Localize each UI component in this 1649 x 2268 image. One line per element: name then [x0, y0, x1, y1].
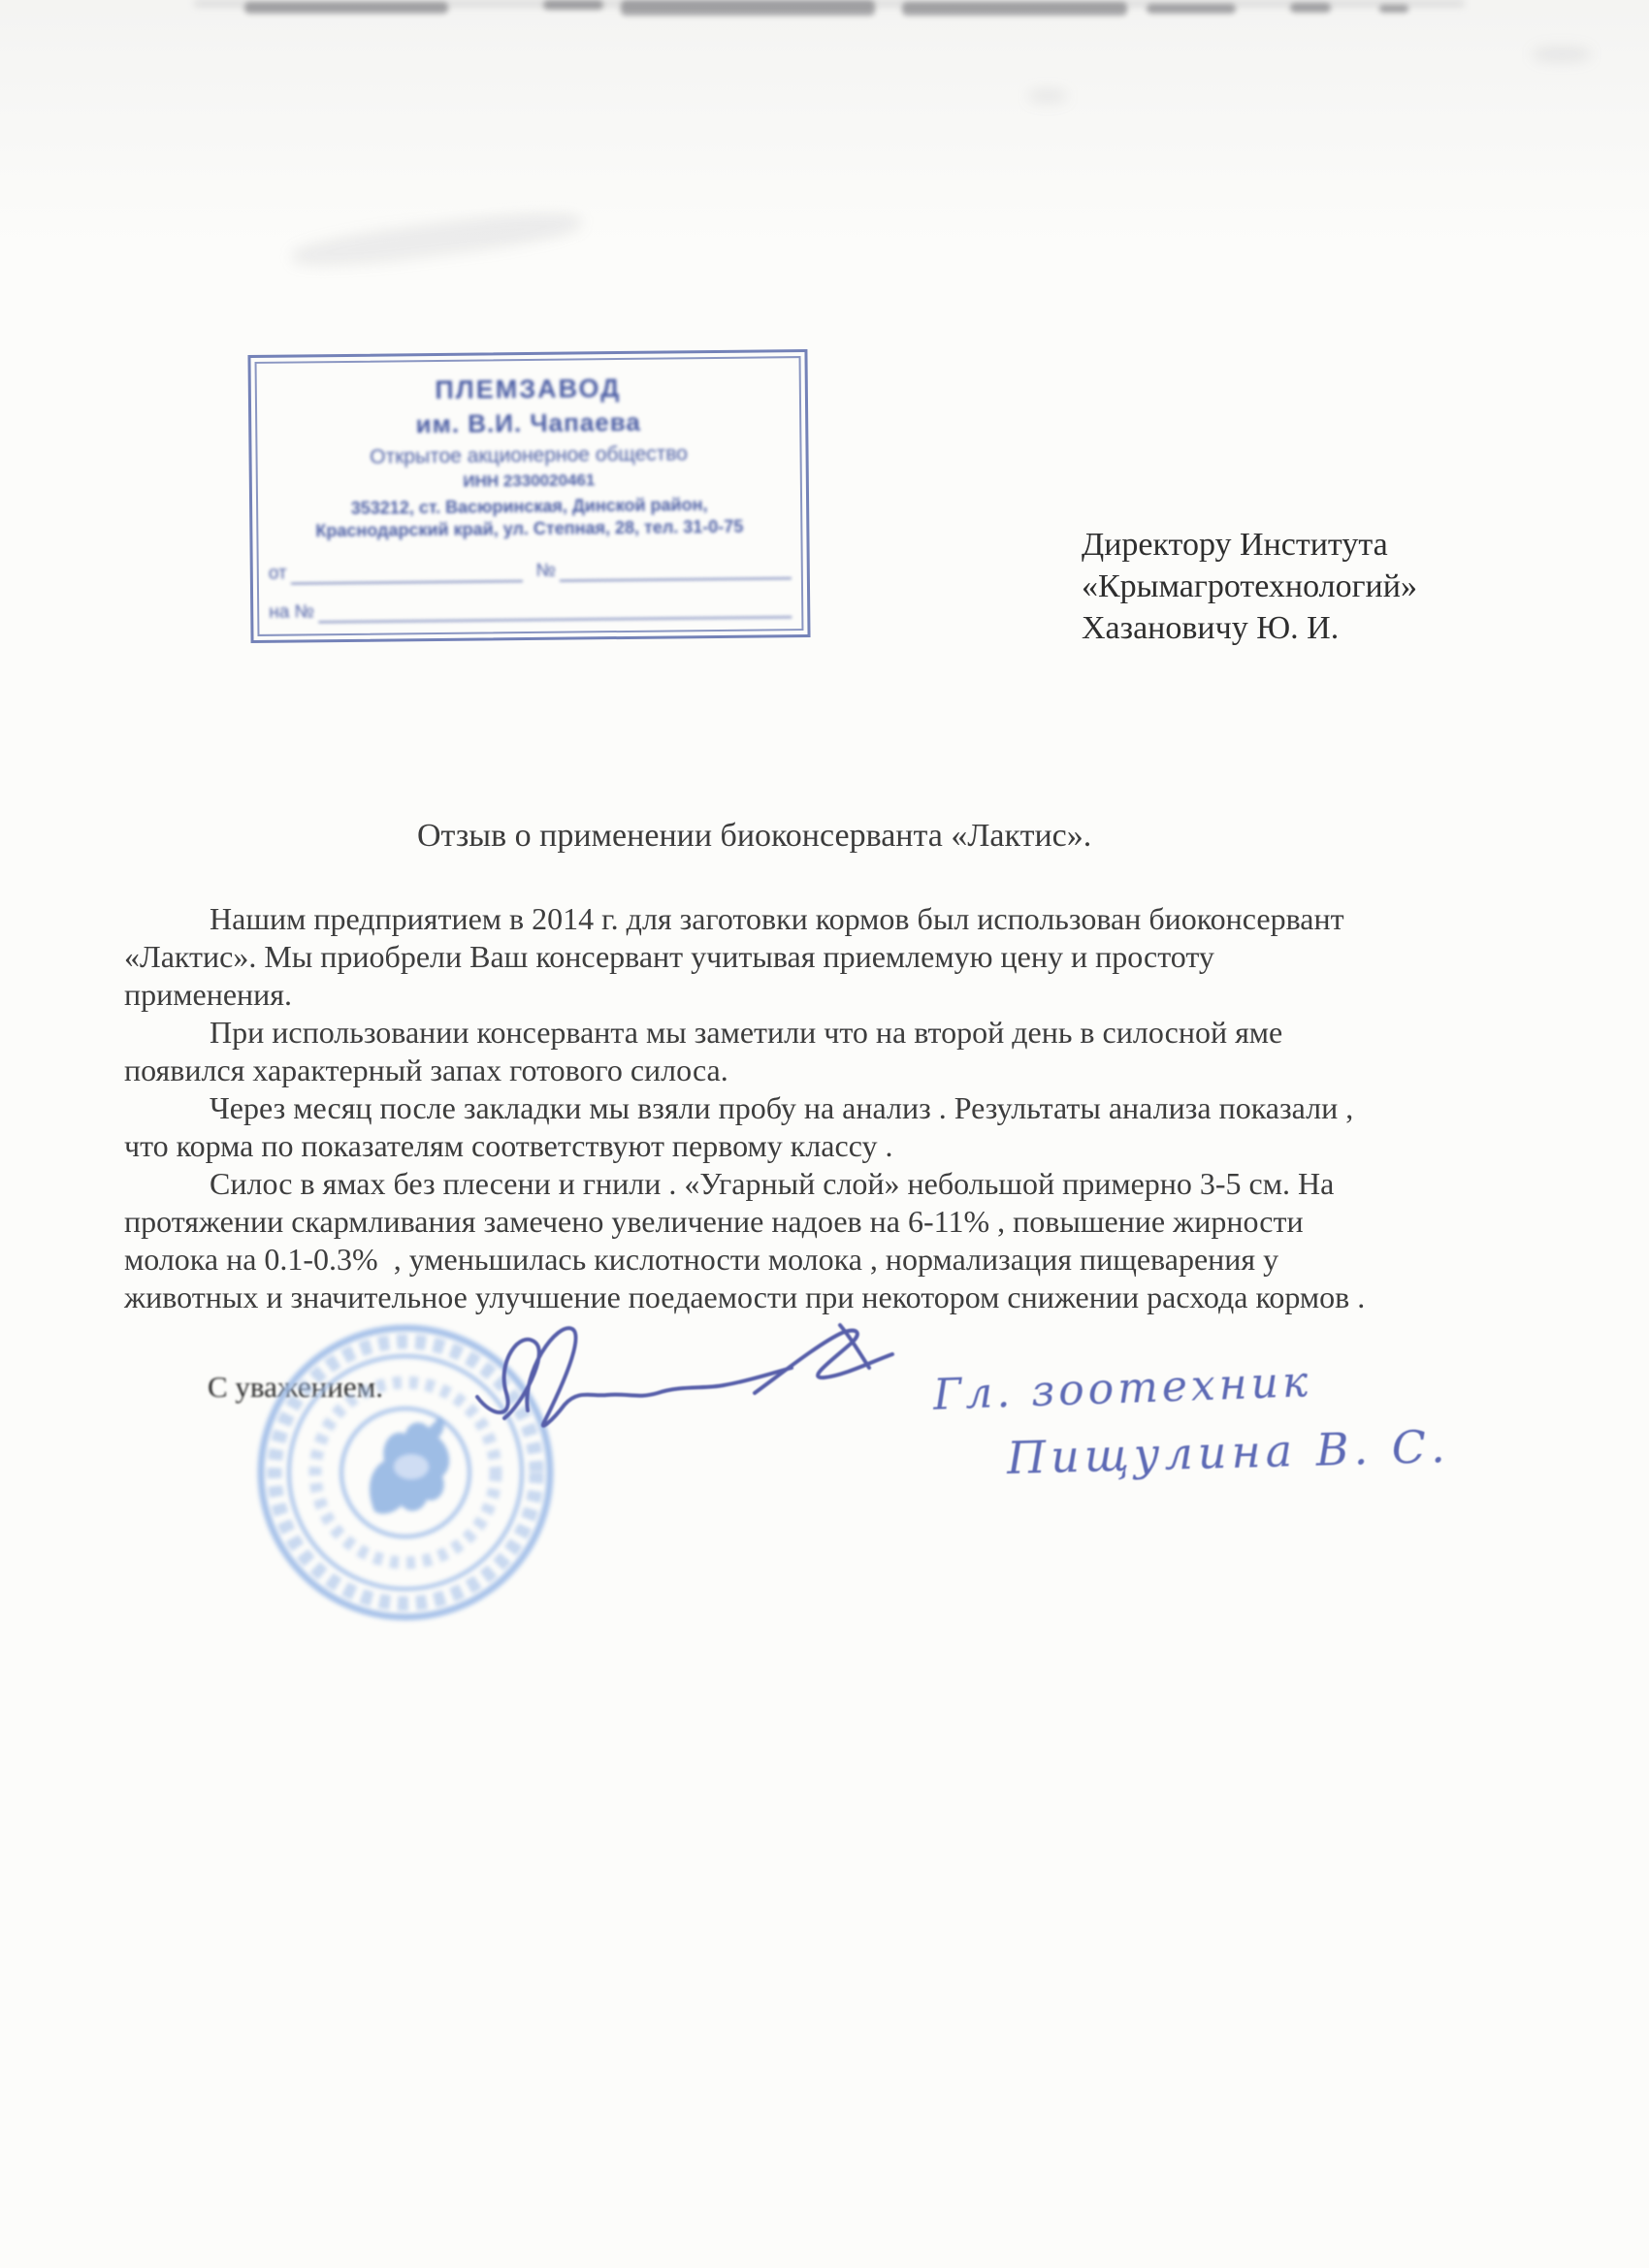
- stamp-org-name-2: им. В.И. Чапаева: [251, 405, 805, 441]
- stamp-ref-label: на №: [269, 601, 318, 624]
- handwritten-name: Пищулина В. С.: [1006, 1420, 1450, 1484]
- body-line: «Лактис». Мы приобрели Ваш консервант уч…: [124, 938, 1448, 976]
- scan-noise: [1290, 3, 1331, 13]
- scan-noise: [621, 0, 875, 16]
- stamp-address-2: Краснодарский край, ул. Степная, 28, тел…: [252, 516, 806, 542]
- scan-smudge: [1028, 89, 1067, 103]
- scan-noise: [543, 0, 603, 10]
- letterhead-stamp-content: ПЛЕМЗАВОД им. В.И. Чапаева Открытое акци…: [250, 352, 807, 640]
- stamp-org-name-1: ПЛЕМЗАВОД: [251, 372, 805, 407]
- stamp-date-number-row: от №: [269, 558, 792, 585]
- stamp-blank-line: [291, 579, 523, 585]
- signature-strokes: [464, 1304, 924, 1464]
- scan-noise: [244, 2, 448, 14]
- body-line: применения.: [124, 976, 1448, 1014]
- scan-smudge: [1533, 47, 1591, 62]
- letter-title: Отзыв о применении биоконсерванта «Лакти…: [417, 818, 1091, 855]
- stamp-org-type: Открытое акционерное общество: [251, 441, 805, 470]
- scan-smudge: [290, 206, 583, 274]
- horse-emblem: [370, 1416, 449, 1513]
- scan-noise: [1147, 4, 1236, 14]
- stamp-number-label: №: [535, 561, 560, 582]
- addressee-line: Хазановичу Ю. И.: [1082, 607, 1417, 649]
- director-signature: [464, 1304, 924, 1464]
- stamp-ref-row: на №: [269, 597, 792, 624]
- addressee-line: «Крымагротехнологий»: [1082, 566, 1417, 607]
- addressee-block: Директору Института «Крымагротехнологий»…: [1082, 524, 1417, 649]
- stamp-inn: ИНН 2330020461: [252, 469, 806, 494]
- stamp-blank-line: [560, 576, 792, 582]
- body-line: Через месяц после закладки мы взяли проб…: [124, 1089, 1448, 1127]
- body-line: Силос в ямах без плесени и гнили . «Угар…: [124, 1165, 1448, 1203]
- letterhead-stamp: ПЛЕМЗАВОД им. В.И. Чапаева Открытое акци…: [247, 349, 810, 643]
- body-line: что корма по показателям соответствуют п…: [124, 1127, 1448, 1165]
- body-line: появился характерный запах готового сило…: [124, 1052, 1448, 1089]
- scanned-letter-page: ПЛЕМЗАВОД им. В.И. Чапаева Открытое акци…: [0, 0, 1649, 2268]
- scan-noise: [902, 2, 1127, 16]
- letter-body: Нашим предприятием в 2014 г. для заготов…: [124, 900, 1448, 1316]
- stamp-from-label: от: [269, 564, 291, 585]
- scan-noise: [1379, 5, 1408, 13]
- body-line: Нашим предприятием в 2014 г. для заготов…: [124, 900, 1448, 938]
- body-line: протяжении скармливания замечено увеличе…: [124, 1203, 1448, 1241]
- body-line: При использовании консерванта мы заметил…: [124, 1014, 1448, 1052]
- addressee-line: Директору Института: [1082, 524, 1417, 566]
- handwritten-role: Гл. зоотехник: [932, 1357, 1312, 1420]
- body-line: молока на 0.1-0.3% , уменьшилась кислотн…: [124, 1241, 1448, 1279]
- stamp-blank-line: [318, 615, 792, 623]
